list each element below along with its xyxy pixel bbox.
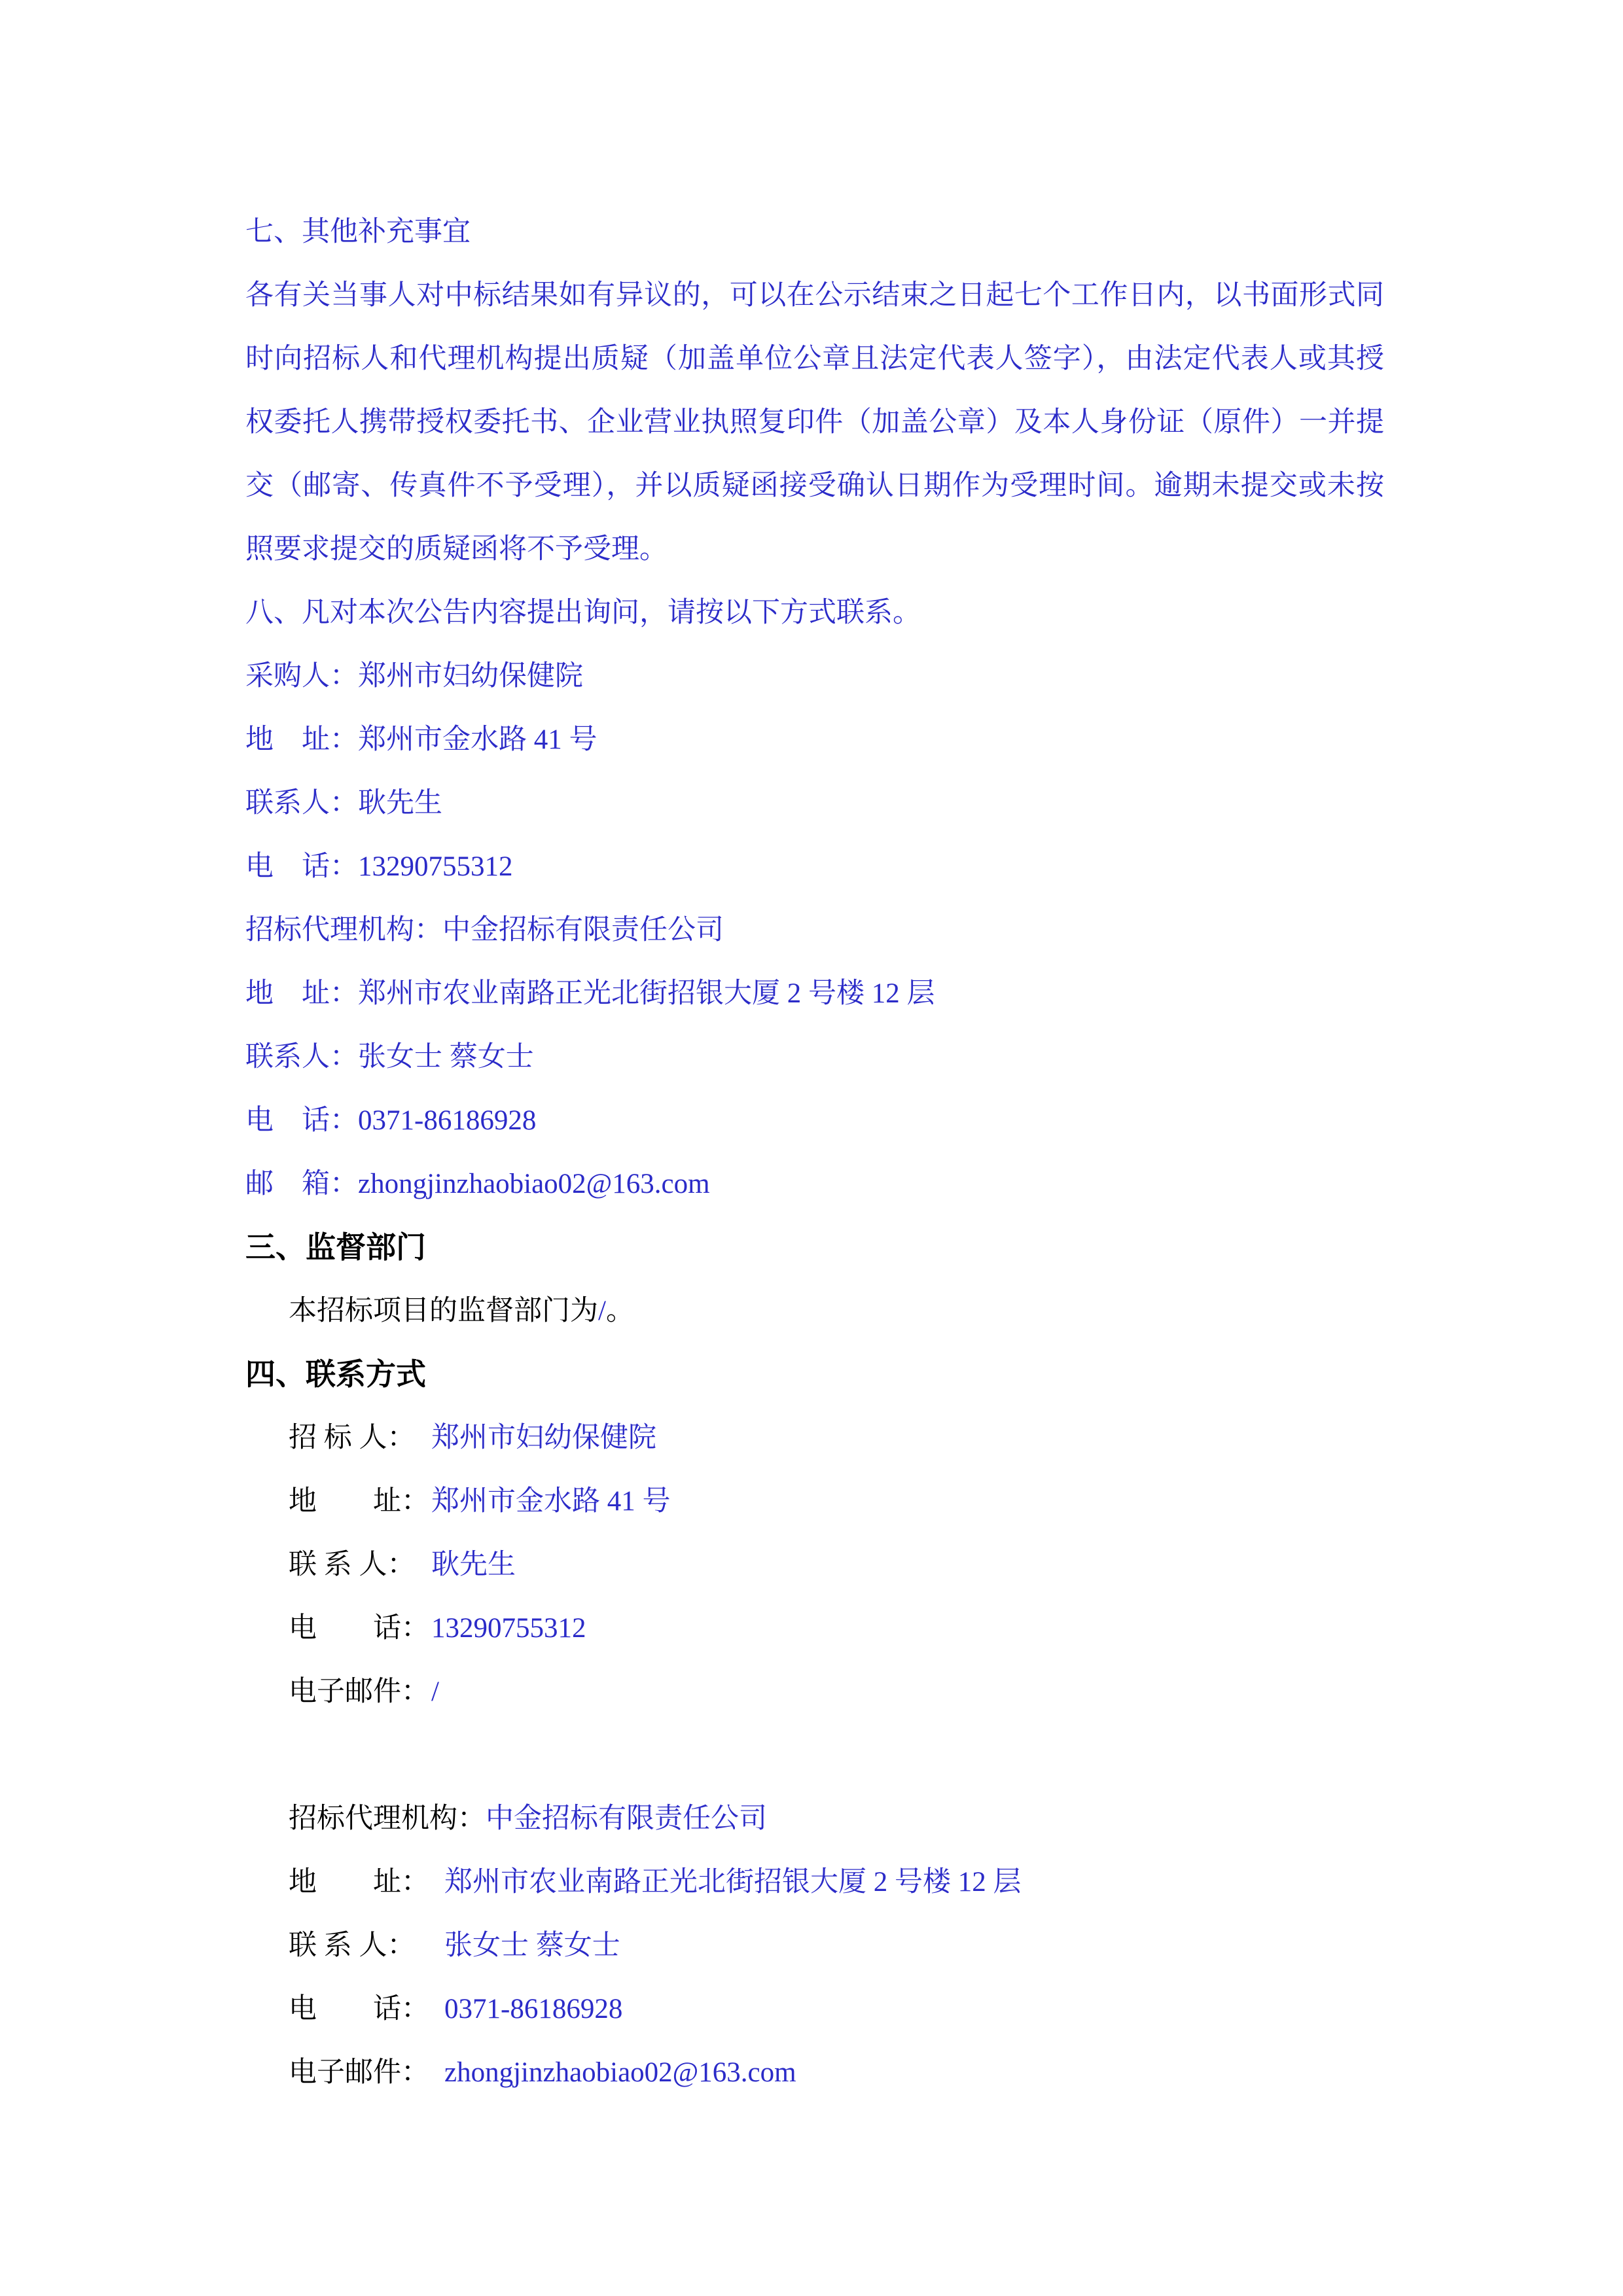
tenderer-name-value: 郑州市妇幼保健院: [431, 1422, 656, 1453]
supervision-body: 本招标项目的监督部门为/。: [245, 1279, 1384, 1343]
tenderer-row: 电 话：13290755312: [245, 1597, 1384, 1660]
document-page: 七、其他补充事宜 各有关当事人对中标结果如有异议的，可以在公示结束之日起七个工作…: [0, 0, 1623, 2296]
paragraph-line: 权委托人携带授权委托书、企业营业执照复印件（加盖公章）及本人身份证（原件）一并提: [245, 391, 1384, 454]
tenderer-address-label: 地 址：: [289, 1470, 431, 1533]
tenderer-email-value: /: [431, 1676, 439, 1707]
purchaser-contact-line: 联系人：耿先生: [245, 771, 1384, 835]
tenderer-phone-value: 13290755312: [431, 1613, 586, 1644]
tenderer-contact-label: 联 系 人：: [289, 1533, 431, 1597]
agency-line: 招标代理机构：中金招标有限责任公司: [245, 898, 1384, 962]
purchaser-phone-line: 电 话：13290755312: [245, 835, 1384, 898]
document-content: 七、其他补充事宜 各有关当事人对中标结果如有异议的，可以在公示结束之日起七个工作…: [245, 200, 1384, 2104]
agency-address-value: 郑州市农业南路正光北街招银大厦 2 号楼 12 层: [444, 1867, 1022, 1898]
agency-phone-value: 0371-86186928: [444, 1994, 622, 2024]
blank-line: [245, 1723, 1384, 1787]
tenderer-row: 地 址：郑州市金水路 41 号: [245, 1470, 1384, 1533]
paragraph-line: 交（邮寄、传真件不予受理），并以质疑函接受确认日期作为受理时间。逾期未提交或未按: [245, 454, 1384, 518]
agency-address-line: 地 址：郑州市农业南路正光北街招银大厦 2 号楼 12 层: [245, 962, 1384, 1025]
tenderer-row: 招 标 人：郑州市妇幼保健院: [245, 1406, 1384, 1470]
agency-email-label: 电子邮件：: [289, 2041, 431, 2104]
agency-name-value: 中金招标有限责任公司: [486, 1803, 767, 1834]
section-seven-heading: 七、其他补充事宜: [245, 200, 1384, 264]
purchaser-line: 采购人：郑州市妇幼保健院: [245, 645, 1384, 708]
tenderer-row: 联 系 人：耿先生: [245, 1533, 1384, 1597]
agency-row: 电子邮件：zhongjinzhaobiao02@163.com: [245, 2041, 1384, 2104]
agency-row: 招标代理机构：中金招标有限责任公司: [245, 1787, 1384, 1850]
supervision-body-value: /: [598, 1296, 606, 1326]
paragraph-line: 时向招标人和代理机构提出质疑（加盖单位公章且法定代表人签字），由法定代表人或其授: [245, 327, 1384, 391]
agency-row: 电 话：0371-86186928: [245, 1977, 1384, 2041]
agency-phone-line: 电 话：0371-86186928: [245, 1089, 1384, 1152]
agency-phone-label: 电 话：: [289, 1977, 431, 2041]
agency-address-label: 地 址：: [289, 1850, 431, 1914]
tenderer-phone-label: 电 话：: [289, 1597, 431, 1660]
purchaser-address-line: 地 址：郑州市金水路 41 号: [245, 708, 1384, 771]
supervision-body-text: 本招标项目的监督部门为: [289, 1296, 598, 1326]
paragraph-line: 各有关当事人对中标结果如有异议的，可以在公示结束之日起七个工作日内，以书面形式同: [245, 264, 1384, 327]
contact-section-heading: 四、联系方式: [245, 1343, 1384, 1406]
agency-contact-line: 联系人：张女士 蔡女士: [245, 1025, 1384, 1089]
paragraph-line: 照要求提交的质疑函将不予受理。: [245, 518, 1384, 581]
agency-name-label: 招标代理机构：: [289, 1787, 486, 1850]
agency-contact-label: 联 系 人：: [289, 1914, 431, 1977]
tenderer-contact-value: 耿先生: [431, 1549, 516, 1580]
tenderer-address-value: 郑州市金水路 41 号: [431, 1486, 671, 1517]
agency-contact-value: 张女士 蔡女士: [444, 1930, 620, 1961]
section-eight-heading: 八、凡对本次公告内容提出询问，请按以下方式联系。: [245, 581, 1384, 645]
supervision-body-period: 。: [606, 1296, 634, 1326]
supervision-heading: 三、监督部门: [245, 1216, 1384, 1279]
agency-email-value: zhongjinzhaobiao02@163.com: [444, 2057, 796, 2088]
agency-row: 地 址：郑州市农业南路正光北街招银大厦 2 号楼 12 层: [245, 1850, 1384, 1914]
tenderer-name-label: 招 标 人：: [289, 1406, 431, 1470]
tenderer-email-label: 电子邮件：: [289, 1660, 431, 1723]
agency-row: 联 系 人：张女士 蔡女士: [245, 1914, 1384, 1977]
agency-email-line: 邮 箱：zhongjinzhaobiao02@163.com: [245, 1152, 1384, 1216]
tenderer-row: 电子邮件：/: [245, 1660, 1384, 1723]
